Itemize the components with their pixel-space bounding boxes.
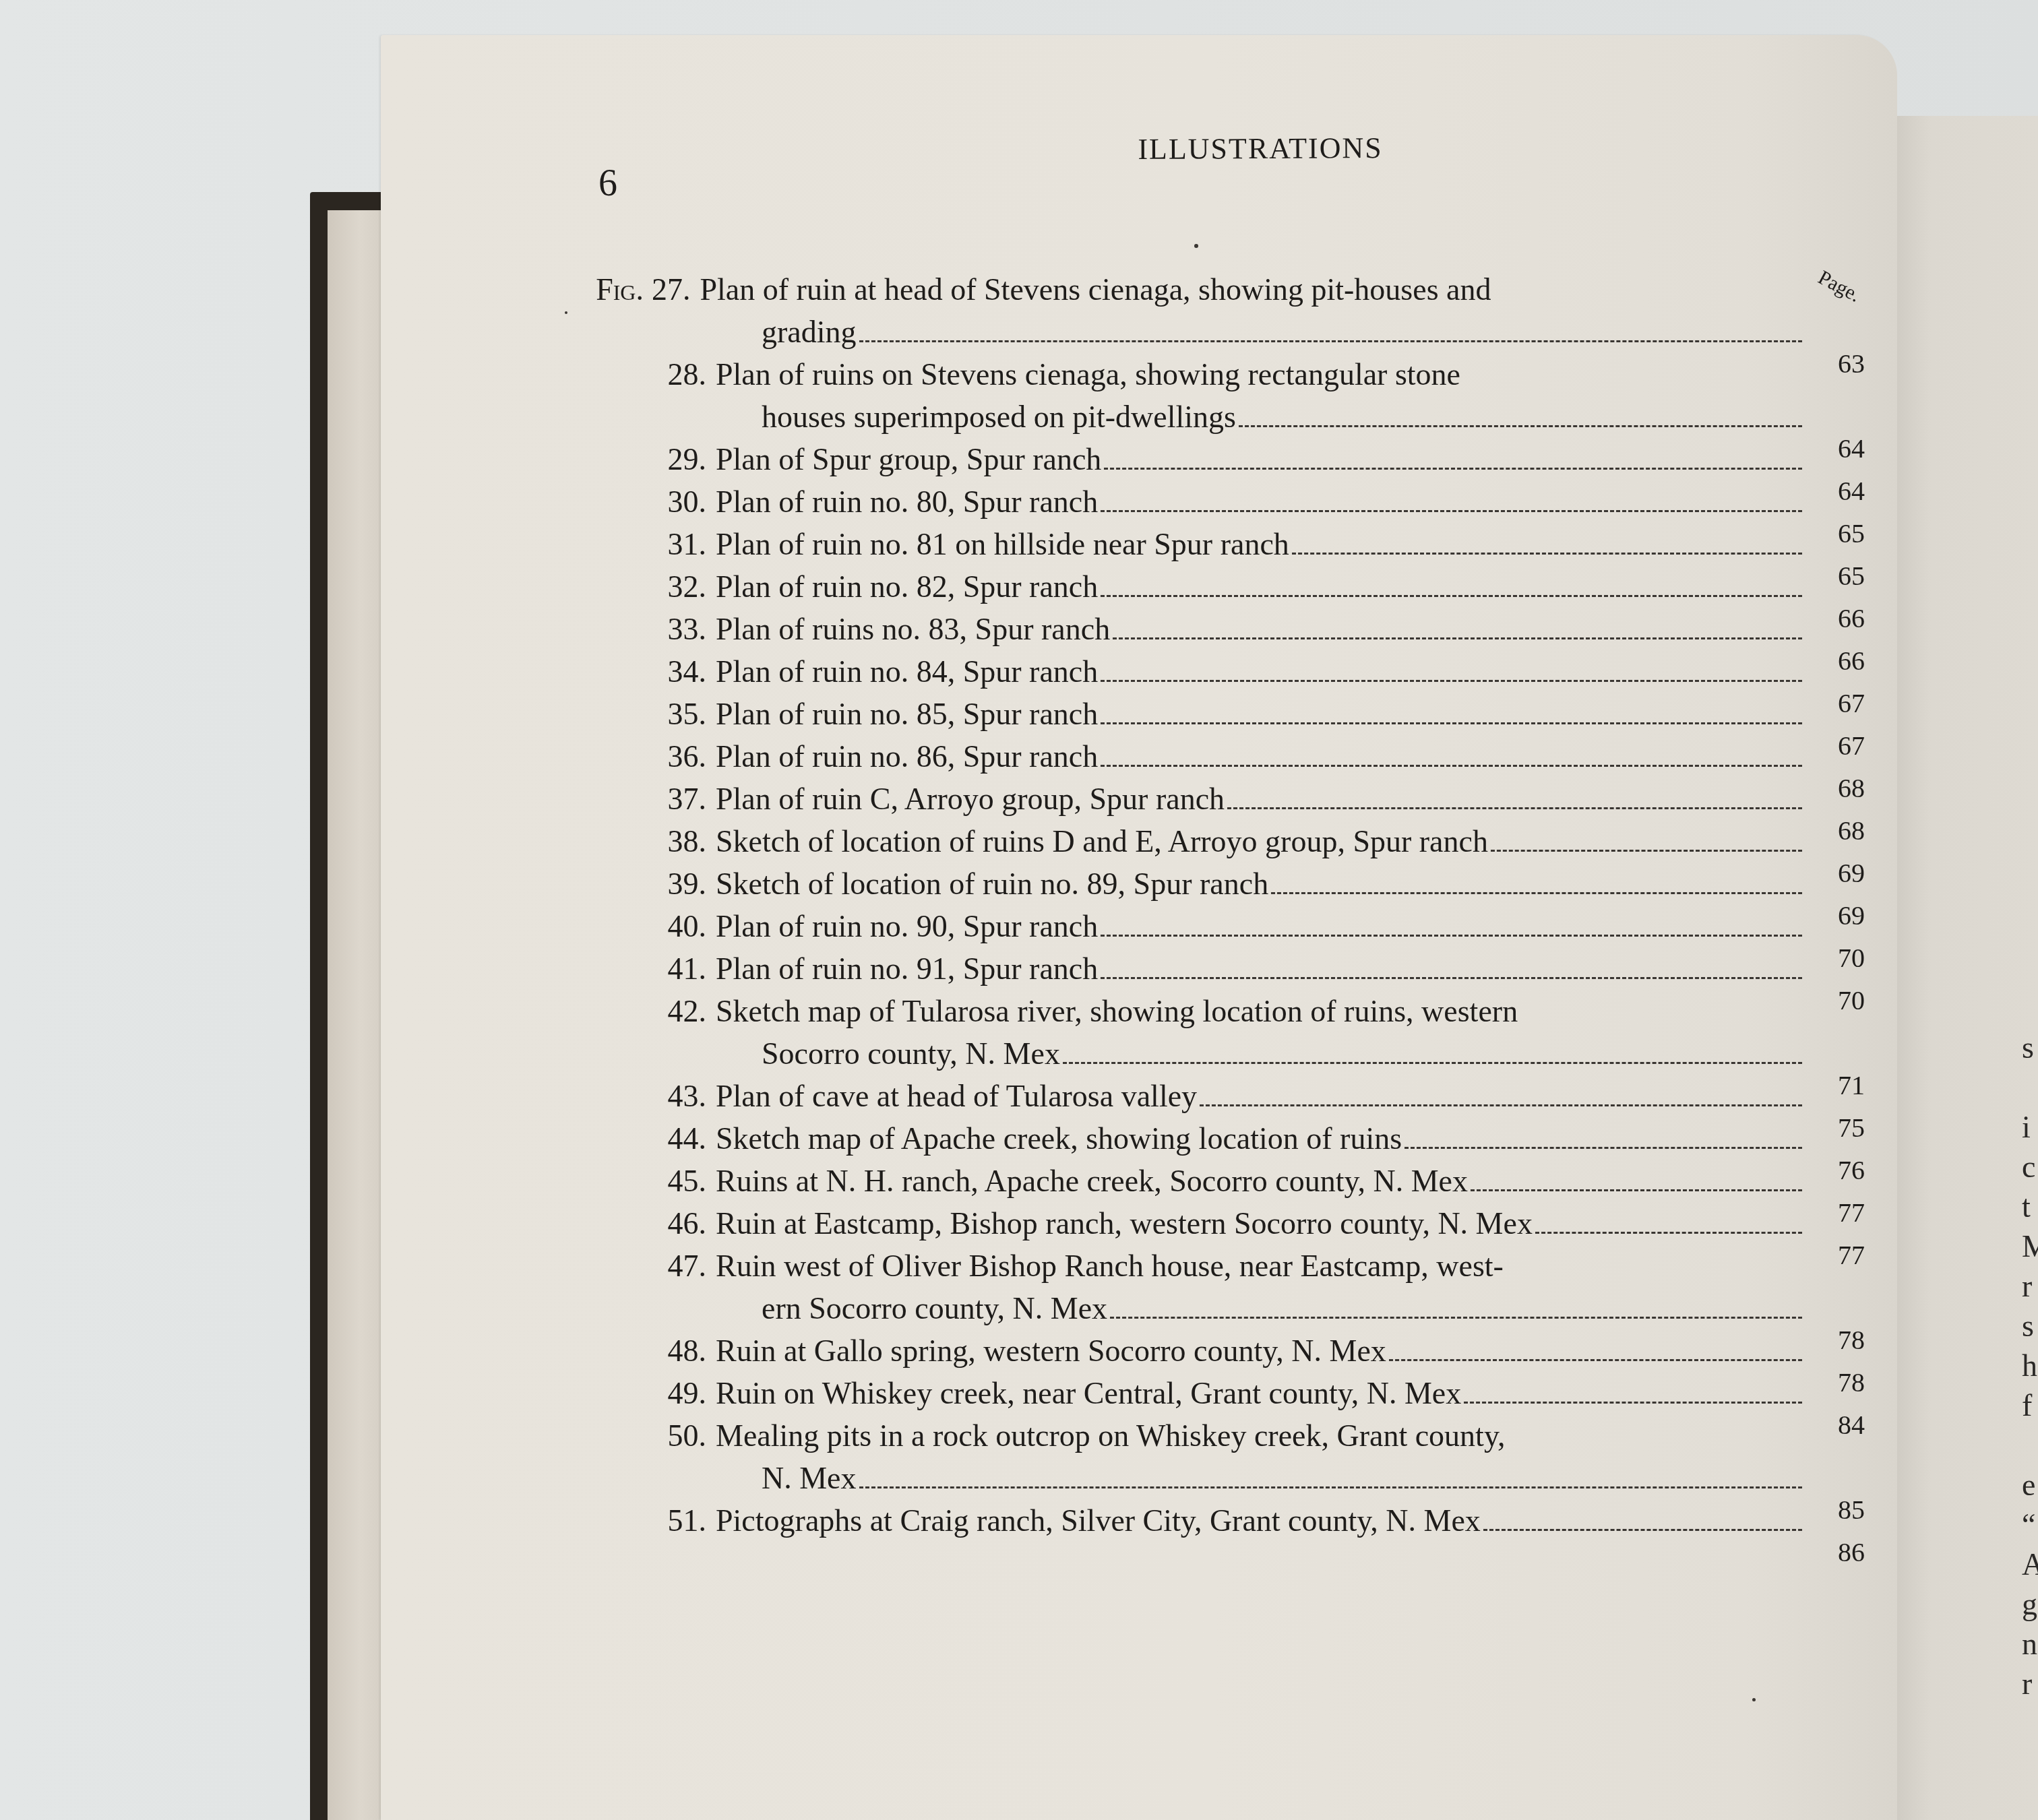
page-reference: 69 — [1828, 899, 1875, 933]
page-reference: 86 — [1828, 1536, 1875, 1569]
page-reference: 76 — [1828, 1154, 1875, 1187]
figure-entry: 38.Sketch of location of ruins D and E, … — [668, 821, 1803, 862]
figure-caption: Ruin west of Oliver Bishop Ranch house, … — [716, 1249, 1504, 1283]
page-reference: 85 — [1828, 1493, 1875, 1527]
figure-caption: Plan of ruins on Stevens cienaga, showin… — [716, 357, 1460, 391]
figure-caption: Sketch of location of ruin no. 89, Spur … — [716, 867, 1268, 901]
page-reference: 70 — [1828, 984, 1875, 1017]
figure-number: 50. — [668, 1416, 707, 1456]
figure-entry: 34.Plan of ruin no. 84, Spur ranch — [668, 652, 1803, 692]
figure-entry-continuation: ern Socorro county, N. Mex — [762, 1288, 1802, 1329]
figure-entry: 33.Plan of ruins no. 83, Spur ranch — [668, 609, 1803, 650]
figure-caption: Plan of ruin no. 86, Spur ranch — [716, 739, 1098, 774]
dot-leader — [1110, 1311, 1802, 1319]
figure-caption: Mealing pits in a rock outcrop on Whiske… — [716, 1418, 1505, 1453]
dot-leader — [1227, 802, 1802, 809]
figure-caption: Plan of ruin no. 85, Spur ranch — [716, 697, 1098, 731]
figure-number: 36. — [668, 736, 707, 777]
dot-leader — [1113, 632, 1802, 639]
figure-caption: Plan of ruin no. 90, Spur ranch — [716, 909, 1098, 943]
page-reference: 65 — [1828, 559, 1875, 593]
dot-leader — [1101, 972, 1802, 979]
dot-leader — [1101, 674, 1802, 682]
figure-caption: Plan of Spur group, Spur ranch — [716, 442, 1101, 476]
figure-number: 35. — [668, 694, 707, 734]
figure-number: 47. — [668, 1246, 707, 1286]
dot-leader — [1101, 590, 1802, 597]
figure-caption: Sketch of location of ruins D and E, Arr… — [716, 824, 1488, 858]
page-reference: 68 — [1828, 814, 1875, 848]
dot-leader — [1271, 887, 1802, 894]
figure-caption: Ruins at N. H. ranch, Apache creek, Soco… — [716, 1164, 1468, 1198]
figure-caption: Sketch map of Tularosa river, showing lo… — [716, 994, 1518, 1028]
dot-leader — [1063, 1057, 1802, 1064]
figure-number: 42. — [668, 991, 707, 1032]
figure-entry: 43.Plan of cave at head of Tularosa vall… — [668, 1076, 1803, 1117]
figure-entry: 47.Ruin west of Oliver Bishop Ranch hous… — [668, 1246, 1504, 1286]
figure-entry: 51.Pictographs at Craig ranch, Silver Ci… — [668, 1501, 1803, 1541]
figure-number: 51. — [668, 1501, 707, 1541]
figure-caption: Plan of ruins no. 83, Spur ranch — [716, 612, 1110, 646]
figure-entry: 40.Plan of ruin no. 90, Spur ranch — [668, 906, 1803, 947]
dot-leader — [1464, 1396, 1802, 1404]
page-reference: 67 — [1828, 687, 1875, 720]
figure-entry: 35.Plan of ruin no. 85, Spur ranch — [668, 694, 1803, 734]
figure-entry: 32.Plan of ruin no. 82, Spur ranch — [668, 567, 1803, 607]
page-reference: 77 — [1828, 1238, 1875, 1272]
figure-caption: Ruin at Gallo spring, western Socorro co… — [716, 1333, 1386, 1368]
page-reference: 66 — [1828, 602, 1875, 635]
figure-caption: Socorro county, N. Mex — [762, 1036, 1060, 1071]
page-reference: 65 — [1828, 517, 1875, 551]
dot-leader — [1239, 420, 1802, 427]
dot-leader — [1483, 1524, 1802, 1531]
figure-caption: grading — [762, 315, 857, 349]
figure-entry: 37.Plan of ruin C, Arroyo group, Spur ra… — [668, 779, 1803, 819]
page-reference: 68 — [1828, 772, 1875, 805]
figure-prefix: Fig. — [596, 272, 644, 307]
dot-leader — [1200, 1099, 1802, 1106]
dot-leader — [1101, 717, 1802, 724]
figure-number: 32. — [668, 567, 707, 607]
dot-leader — [1101, 929, 1802, 937]
figure-number: 33. — [668, 609, 707, 650]
ink-speck — [565, 311, 567, 314]
illustrations-list: Fig.27.Plan of ruin at head of Stevens c… — [0, 0, 2038, 1820]
figure-number: 31. — [668, 524, 707, 565]
figure-number: 28. — [668, 354, 707, 395]
page-reference: 66 — [1828, 644, 1875, 678]
figure-caption: Plan of cave at head of Tularosa valley — [716, 1079, 1197, 1113]
figure-entry: 49.Ruin on Whiskey creek, near Central, … — [668, 1373, 1803, 1414]
dot-leader — [1535, 1226, 1802, 1234]
figure-caption: N. Mex — [762, 1461, 857, 1495]
figure-entry: 48.Ruin at Gallo spring, western Socorro… — [668, 1331, 1803, 1371]
figure-entry: 50.Mealing pits in a rock outcrop on Whi… — [668, 1416, 1506, 1456]
figure-entry: 39.Sketch of location of ruin no. 89, Sp… — [668, 864, 1803, 904]
figure-caption: Plan of ruin no. 82, Spur ranch — [716, 569, 1098, 604]
dot-leader — [1491, 844, 1802, 852]
figure-number: 38. — [668, 821, 707, 862]
figure-entry: 28.Plan of ruins on Stevens cienaga, sho… — [668, 354, 1461, 395]
dot-leader — [1404, 1141, 1802, 1149]
figure-entry: 31.Plan of ruin no. 81 on hillside near … — [668, 524, 1803, 565]
figure-entry-continuation: grading — [762, 312, 1802, 352]
ink-speck — [1194, 244, 1198, 248]
figure-number: 46. — [668, 1203, 707, 1244]
dot-leader — [859, 1481, 1802, 1488]
figure-caption: Plan of ruin no. 84, Spur ranch — [716, 654, 1098, 689]
page-reference: 78 — [1828, 1366, 1875, 1400]
dot-leader — [1471, 1184, 1802, 1191]
figure-caption: Plan of ruin at head of Stevens cienaga,… — [700, 272, 1491, 307]
page-reference: 69 — [1828, 856, 1875, 890]
page-reference: 64 — [1828, 432, 1875, 466]
page-reference: 70 — [1828, 941, 1875, 975]
figure-number: 29. — [668, 439, 707, 480]
figure-entry-continuation: N. Mex — [762, 1458, 1802, 1499]
figure-entry: Fig.27.Plan of ruin at head of Stevens c… — [596, 270, 1491, 310]
figure-caption: Sketch map of Apache creek, showing loca… — [716, 1121, 1402, 1156]
figure-number: 39. — [668, 864, 707, 904]
figure-number: 45. — [668, 1161, 707, 1201]
figure-entry-continuation: houses superimposed on pit-dwellings — [762, 397, 1802, 437]
figure-number: 27. — [652, 270, 691, 310]
figure-caption: Plan of ruin no. 80, Spur ranch — [716, 484, 1098, 519]
figure-entry: 45.Ruins at N. H. ranch, Apache creek, S… — [668, 1161, 1803, 1201]
dot-leader — [1101, 505, 1802, 512]
figure-number: 30. — [668, 482, 707, 522]
page-reference: 84 — [1828, 1408, 1875, 1442]
dot-leader — [1292, 547, 1802, 555]
figure-number: 40. — [668, 906, 707, 947]
dot-leader — [1104, 462, 1802, 470]
figure-number: 49. — [668, 1373, 707, 1414]
page-reference: 77 — [1828, 1196, 1875, 1230]
figure-entry: 44.Sketch map of Apache creek, showing l… — [668, 1119, 1803, 1159]
figure-caption: Pictographs at Craig ranch, Silver City,… — [716, 1503, 1481, 1538]
figure-caption: Ruin on Whiskey creek, near Central, Gra… — [716, 1376, 1461, 1410]
page-reference: 71 — [1828, 1069, 1875, 1102]
figure-entry: 41.Plan of ruin no. 91, Spur ranch — [668, 949, 1803, 989]
figure-number: 43. — [668, 1076, 707, 1117]
figure-number: 37. — [668, 779, 707, 819]
figure-entry: 29.Plan of Spur group, Spur ranch — [668, 439, 1803, 480]
figure-entry: 30.Plan of ruin no. 80, Spur ranch — [668, 482, 1803, 522]
figure-entry: 46.Ruin at Eastcamp, Bishop ranch, weste… — [668, 1203, 1803, 1244]
page-reference: 78 — [1828, 1323, 1875, 1357]
page-reference: 75 — [1828, 1111, 1875, 1145]
figure-entry-continuation: Socorro county, N. Mex — [762, 1034, 1802, 1074]
figure-number: 34. — [668, 652, 707, 692]
dot-leader — [1389, 1354, 1802, 1361]
figure-number: 44. — [668, 1119, 707, 1159]
figure-number: 41. — [668, 949, 707, 989]
dot-leader — [1101, 759, 1802, 767]
page-reference: 63 — [1828, 347, 1875, 381]
figure-caption: Plan of ruin no. 81 on hillside near Spu… — [716, 527, 1289, 561]
figure-caption: Plan of ruin no. 91, Spur ranch — [716, 951, 1098, 986]
figure-number: 48. — [668, 1331, 707, 1371]
page-reference: 67 — [1828, 729, 1875, 763]
figure-caption: ern Socorro county, N. Mex — [762, 1291, 1107, 1325]
figure-caption: Ruin at Eastcamp, Bishop ranch, western … — [716, 1206, 1533, 1241]
figure-entry: 36.Plan of ruin no. 86, Spur ranch — [668, 736, 1803, 777]
ink-speck — [1752, 1698, 1756, 1701]
figure-entry: 42.Sketch map of Tularosa river, showing… — [668, 991, 1518, 1032]
dot-leader — [859, 335, 1802, 342]
figure-caption: Plan of ruin C, Arroyo group, Spur ranch — [716, 782, 1225, 816]
page-reference: 64 — [1828, 474, 1875, 508]
figure-caption: houses superimposed on pit-dwellings — [762, 400, 1236, 434]
